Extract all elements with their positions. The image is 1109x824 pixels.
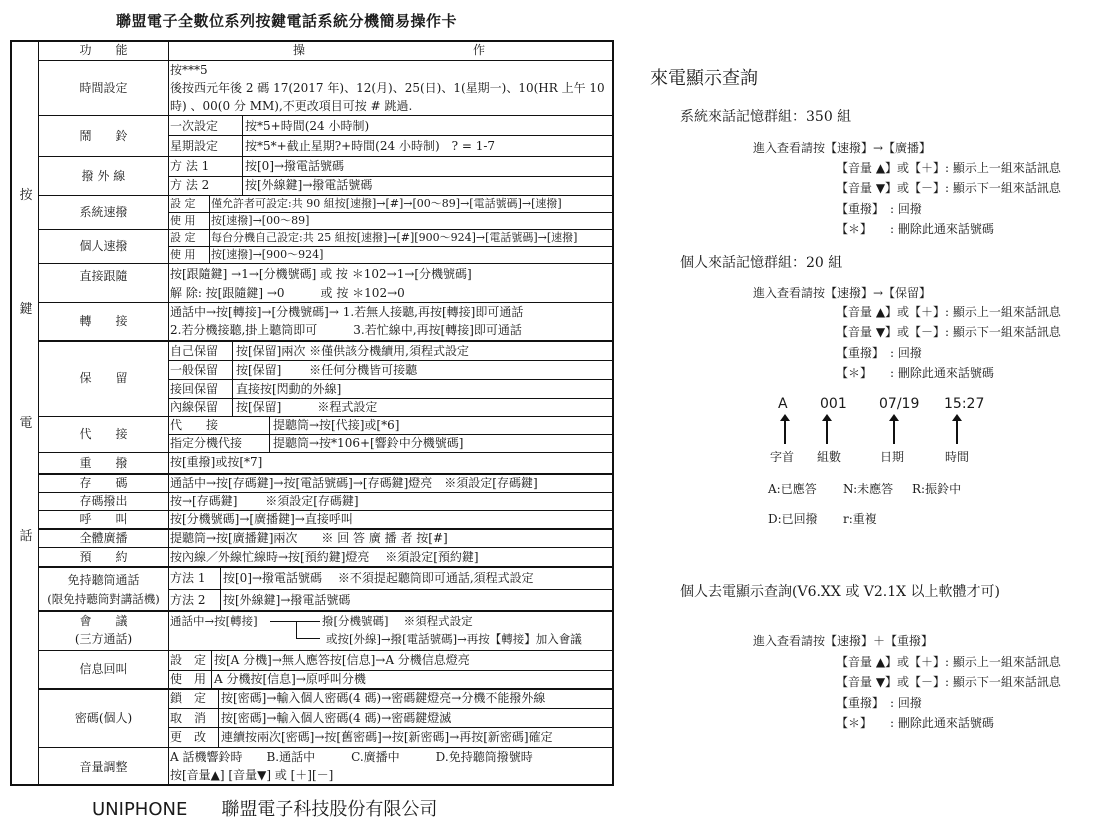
caller-id-heading: 來電顯示查詢 bbox=[650, 64, 758, 90]
row-message-b-text: A 分機按[信息]→原呼叫分機 bbox=[214, 671, 366, 687]
row-perspeed-name: 個人速撥 bbox=[39, 238, 168, 254]
side-label-1: 按 bbox=[14, 184, 38, 203]
row-perspeed-b-label: 使 用 bbox=[170, 247, 196, 263]
row-password-0-text: 按[密碼]→輸入個人密碼(4 碼)→密碼鍵燈亮→分機不能撥外線 bbox=[221, 690, 545, 706]
side-label-3: 電 bbox=[14, 412, 38, 431]
row-redial-name: 重 撥 bbox=[39, 455, 168, 471]
row-store-name: 存 碼 bbox=[39, 475, 168, 491]
row-time-line3: 時) 、00(0 分 MM),不更改項目可按 # 跳過. bbox=[170, 98, 412, 114]
row-message-a-text: 按[A 分機]→無人應答按[信息]→A 分機信息燈亮 bbox=[214, 652, 470, 668]
row-outline-b-text: 按[外線鍵]→撥電話號碼 bbox=[245, 177, 372, 193]
row-conference-line1a: 通話中→按[轉接] bbox=[170, 613, 258, 629]
per-memory-title: 個人來話記憶群組：20 組 bbox=[680, 252, 842, 272]
legend-unanswered: N:未應答 bbox=[843, 480, 893, 497]
row-hold-3-text: 按[保留] ※程式設定 bbox=[236, 399, 377, 415]
row-conference-name2: (三方通話) bbox=[39, 631, 168, 647]
row-time-name: 時間設定 bbox=[39, 80, 168, 96]
arrow-up-icon bbox=[826, 420, 828, 444]
side-label-4: 話 bbox=[14, 525, 38, 544]
label-date: 日期 bbox=[880, 448, 904, 465]
row-hold-1-label: 一般保留 bbox=[170, 362, 218, 378]
row-handsfree-b-text: 按[外線鍵]→撥電話號碼 bbox=[223, 592, 350, 608]
row-volume-line1: A 話機響鈴時 B.通話中 C.廣播中 D.免持聽筒撥號時 bbox=[170, 749, 533, 765]
outgoing-title: 個人去電顯示查詢(V6.XX 或 V2.1X 以上軟體才可) bbox=[680, 581, 1000, 601]
row-sysspeed-a-label: 設 定 bbox=[170, 196, 196, 212]
row-perspeed-a-label: 設 定 bbox=[170, 230, 196, 246]
row-reserve-text: 按內線／外線忙線時→按[預約鍵]燈亮 ※須設定[預約鍵] bbox=[170, 549, 479, 565]
row-storedial-text: 按→[存碼鍵] ※須設定[存碼鍵] bbox=[170, 493, 359, 509]
row-conference-name1: 會 議 bbox=[39, 613, 168, 629]
row-call-text: 按[分機號碼]→[廣播鍵]→直接呼叫 bbox=[170, 511, 353, 527]
row-follow-line2: 解 除: 按[跟隨鍵] →0 或 按 ＊102→0 bbox=[170, 285, 405, 301]
row-message-b-label: 使 用 bbox=[170, 671, 206, 687]
row-password-0-label: 鎖 定 bbox=[170, 690, 206, 706]
row-alarm-b-text: 按*5*+截止星期?+時間(24 小時制) ? = 1-7 bbox=[245, 138, 495, 154]
footer: UNIPHONE聯盟電子科技股份有限公司 bbox=[92, 795, 437, 821]
row-password-1-label: 取 消 bbox=[170, 710, 206, 726]
row-handsfree-name1: 免持聽筒通話 bbox=[39, 572, 168, 588]
row-password-2-text: 連續按兩次[密碼]→按[舊密碼]→按[新密碼]→再按[新密碼]確定 bbox=[221, 729, 553, 745]
row-hold-3-label: 內線保留 bbox=[170, 399, 218, 415]
per-enter: 進入查看請按【速撥】→【保留】 bbox=[753, 284, 931, 301]
row-password-name: 密碼(個人) bbox=[39, 710, 168, 726]
row-outline-name: 撥 外 線 bbox=[39, 168, 168, 184]
per-line-1: 【音量 ▲】或【＋】: 顯示上一組來話訊息 bbox=[836, 303, 1061, 320]
row-sysspeed-b-label: 使 用 bbox=[170, 213, 196, 229]
out-line-1: 【音量 ▲】或【＋】: 顯示上一組來話訊息 bbox=[836, 653, 1061, 670]
row-storedial-name: 存碼撥出 bbox=[39, 493, 168, 509]
row-volume-line2: 按[音量▲] [音量▼] 或 [＋][－] bbox=[170, 767, 333, 783]
card-title: 聯盟電子全數位系列按鍵電話系統分機簡易操作卡 bbox=[116, 10, 457, 31]
field-prefix: A bbox=[778, 396, 788, 412]
label-prefix: 字首 bbox=[770, 448, 794, 465]
row-alarm-a-text: 按*5+時間(24 小時制) bbox=[245, 118, 369, 134]
row-hold-name: 保 留 bbox=[39, 370, 168, 386]
row-password-2-label: 更 改 bbox=[170, 729, 206, 745]
row-conference-line2: 或按[外線]→撥[電話號碼]→再按【轉接】加入會議 bbox=[326, 631, 582, 647]
row-transfer-name: 轉 接 bbox=[39, 313, 168, 329]
per-line-3: 【重撥】 : 回撥 bbox=[836, 344, 922, 361]
row-reserve-name: 預 約 bbox=[39, 549, 168, 565]
per-line-4: 【＊】 : 刪除此通來話號碼 bbox=[836, 364, 994, 381]
row-perspeed-b-text: 按[速撥]→[900～924] bbox=[211, 247, 323, 263]
row-conference-line1b: 撥[分機號碼] ※須程式設定 bbox=[322, 613, 473, 629]
row-pageall-text: 提聽筒→按[廣播鍵]兩次 ※ 回 答 廣 播 者 按[#] bbox=[170, 530, 448, 546]
label-time: 時間 bbox=[945, 448, 969, 465]
legend-ringing: R:振鈴中 bbox=[912, 480, 961, 497]
row-redial-text: 按[重撥]或按[*7] bbox=[170, 454, 262, 470]
legend-answered: A:已應答 bbox=[768, 480, 817, 497]
row-time-line1: 按***5 bbox=[170, 62, 208, 78]
row-alarm-a-label: 一次設定 bbox=[170, 118, 218, 134]
legend-repeat: r:重複 bbox=[843, 510, 877, 527]
row-transfer-line1: 通話中→按[轉接]→[分機號碼]→ 1.若無人接聽,再按[轉接]即可通話 bbox=[170, 304, 523, 320]
row-pageall-name: 全體廣播 bbox=[39, 530, 168, 546]
row-handsfree-b-label: 方法 2 bbox=[170, 592, 205, 608]
row-hold-1-text: 按[保留] ※任何分機皆可接聽 bbox=[236, 362, 417, 378]
row-message-name: 信息回叫 bbox=[39, 661, 168, 677]
row-transfer-line2: 2.若分機接聽,掛上聽筒即可 3.若忙線中,再按[轉接]即可通話 bbox=[170, 322, 522, 338]
row-follow-name: 直接跟隨 bbox=[39, 268, 168, 284]
row-call-name: 呼 叫 bbox=[39, 511, 168, 527]
row-outline-a-text: 按[0]→撥電話號碼 bbox=[245, 158, 344, 174]
row-hold-0-text: 按[保留]兩次 ※僅供該分機續用,須程式設定 bbox=[236, 343, 469, 359]
sys-line-4: 【＊】 : 刪除此通來話號碼 bbox=[836, 220, 994, 237]
sys-line-1: 【音量 ▲】或【＋】: 顯示上一組來話訊息 bbox=[836, 159, 1061, 176]
row-volume-name: 音量調整 bbox=[39, 759, 168, 775]
footer-company: 聯盟電子科技股份有限公司 bbox=[221, 799, 437, 820]
row-hold-2-text: 直接按[閃動的外線] bbox=[236, 381, 341, 397]
row-message-a-label: 設 定 bbox=[170, 652, 206, 668]
row-alarm-name: 鬧 鈴 bbox=[39, 128, 168, 144]
row-pickup-b-text: 提聽筒→按*106+[響鈴中分機號碼] bbox=[273, 435, 463, 451]
row-hold-0-label: 自己保留 bbox=[170, 343, 218, 359]
row-outline-a-label: 方 法 1 bbox=[170, 158, 209, 174]
row-pickup-b-label: 指定分機代接 bbox=[170, 435, 242, 451]
row-handsfree-name2: (限免持聽筒對講話機) bbox=[39, 591, 168, 607]
row-sysspeed-b-text: 按[速撥]→[00～89] bbox=[211, 213, 309, 229]
row-hold-2-label: 接回保留 bbox=[170, 381, 218, 397]
sys-enter: 進入查看請按【速撥】→【廣播】 bbox=[753, 139, 931, 156]
out-enter: 進入查看請按【速撥】＋【重撥】 bbox=[753, 632, 933, 649]
arrow-up-icon bbox=[956, 420, 958, 444]
row-alarm-b-label: 星期設定 bbox=[170, 138, 218, 154]
row-follow-line1: 按[跟隨鍵] →1→[分機號碼] 或 按 ＊102→1→[分機號碼] bbox=[170, 266, 472, 282]
row-sysspeed-a-text: 僅允許者可設定:共 90 組按[速撥]→[#]→[00～89]→[電話號碼]→[… bbox=[211, 196, 562, 212]
row-handsfree-a-text: 按[0]→撥電話號碼 ※不須提起聽筒即可通話,須程式設定 bbox=[223, 570, 534, 586]
sys-line-2: 【音量 ▼】或【－】: 顯示下一組來話訊息 bbox=[836, 179, 1061, 196]
header-op-right: 作 bbox=[473, 42, 485, 58]
sys-memory-title: 系統來話記憶群組：350 組 bbox=[680, 106, 851, 126]
sys-line-3: 【重撥】 : 回撥 bbox=[836, 200, 922, 217]
label-group: 組數 bbox=[817, 448, 841, 465]
row-store-text: 通話中→按[存碼鍵]→按[電話號碼]→[存碼鍵]燈亮 ※須設定[存碼鍵] bbox=[170, 475, 538, 491]
header-op-left: 操 bbox=[293, 42, 305, 58]
row-pickup-name: 代 接 bbox=[39, 426, 168, 442]
row-pickup-a-label: 代 接 bbox=[170, 417, 218, 433]
header-function: 功 能 bbox=[39, 42, 168, 58]
conference-branch-line bbox=[270, 621, 320, 622]
row-outline-b-label: 方 法 2 bbox=[170, 177, 209, 193]
footer-brand: UNIPHONE bbox=[92, 799, 187, 820]
arrow-up-icon bbox=[784, 420, 786, 444]
row-handsfree-a-label: 方法 1 bbox=[170, 570, 205, 586]
legend-called-back: D:已回撥 bbox=[768, 510, 818, 527]
row-perspeed-a-text: 每台分機自己設定:共 25 組按[速撥]→[#][900～924]→[電話號碼]… bbox=[211, 230, 577, 246]
out-line-2: 【音量 ▼】或【－】: 顯示下一組來話訊息 bbox=[836, 673, 1061, 690]
row-password-1-text: 按[密碼]→輸入個人密碼(4 碼)→密碼鍵燈滅 bbox=[221, 710, 451, 726]
out-line-3: 【重撥】 : 回撥 bbox=[836, 694, 922, 711]
row-pickup-a-text: 提聽筒→按[代接]或[*6] bbox=[273, 417, 399, 433]
side-label-2: 鍵 bbox=[14, 298, 38, 317]
row-sysspeed-name: 系統速撥 bbox=[39, 204, 168, 220]
field-group: 001 bbox=[820, 396, 847, 412]
arrow-up-icon bbox=[893, 420, 895, 444]
per-line-2: 【音量 ▼】或【－】: 顯示下一組來話訊息 bbox=[836, 323, 1061, 340]
out-line-4: 【＊】 : 刪除此通來話號碼 bbox=[836, 714, 994, 731]
field-time: 15:27 bbox=[944, 396, 984, 412]
row-time-line2: 後按西元年後 2 碼 17(2017 年)、12(月)、25(日)、1(星期一)… bbox=[170, 80, 605, 96]
field-date: 07/19 bbox=[879, 396, 919, 412]
